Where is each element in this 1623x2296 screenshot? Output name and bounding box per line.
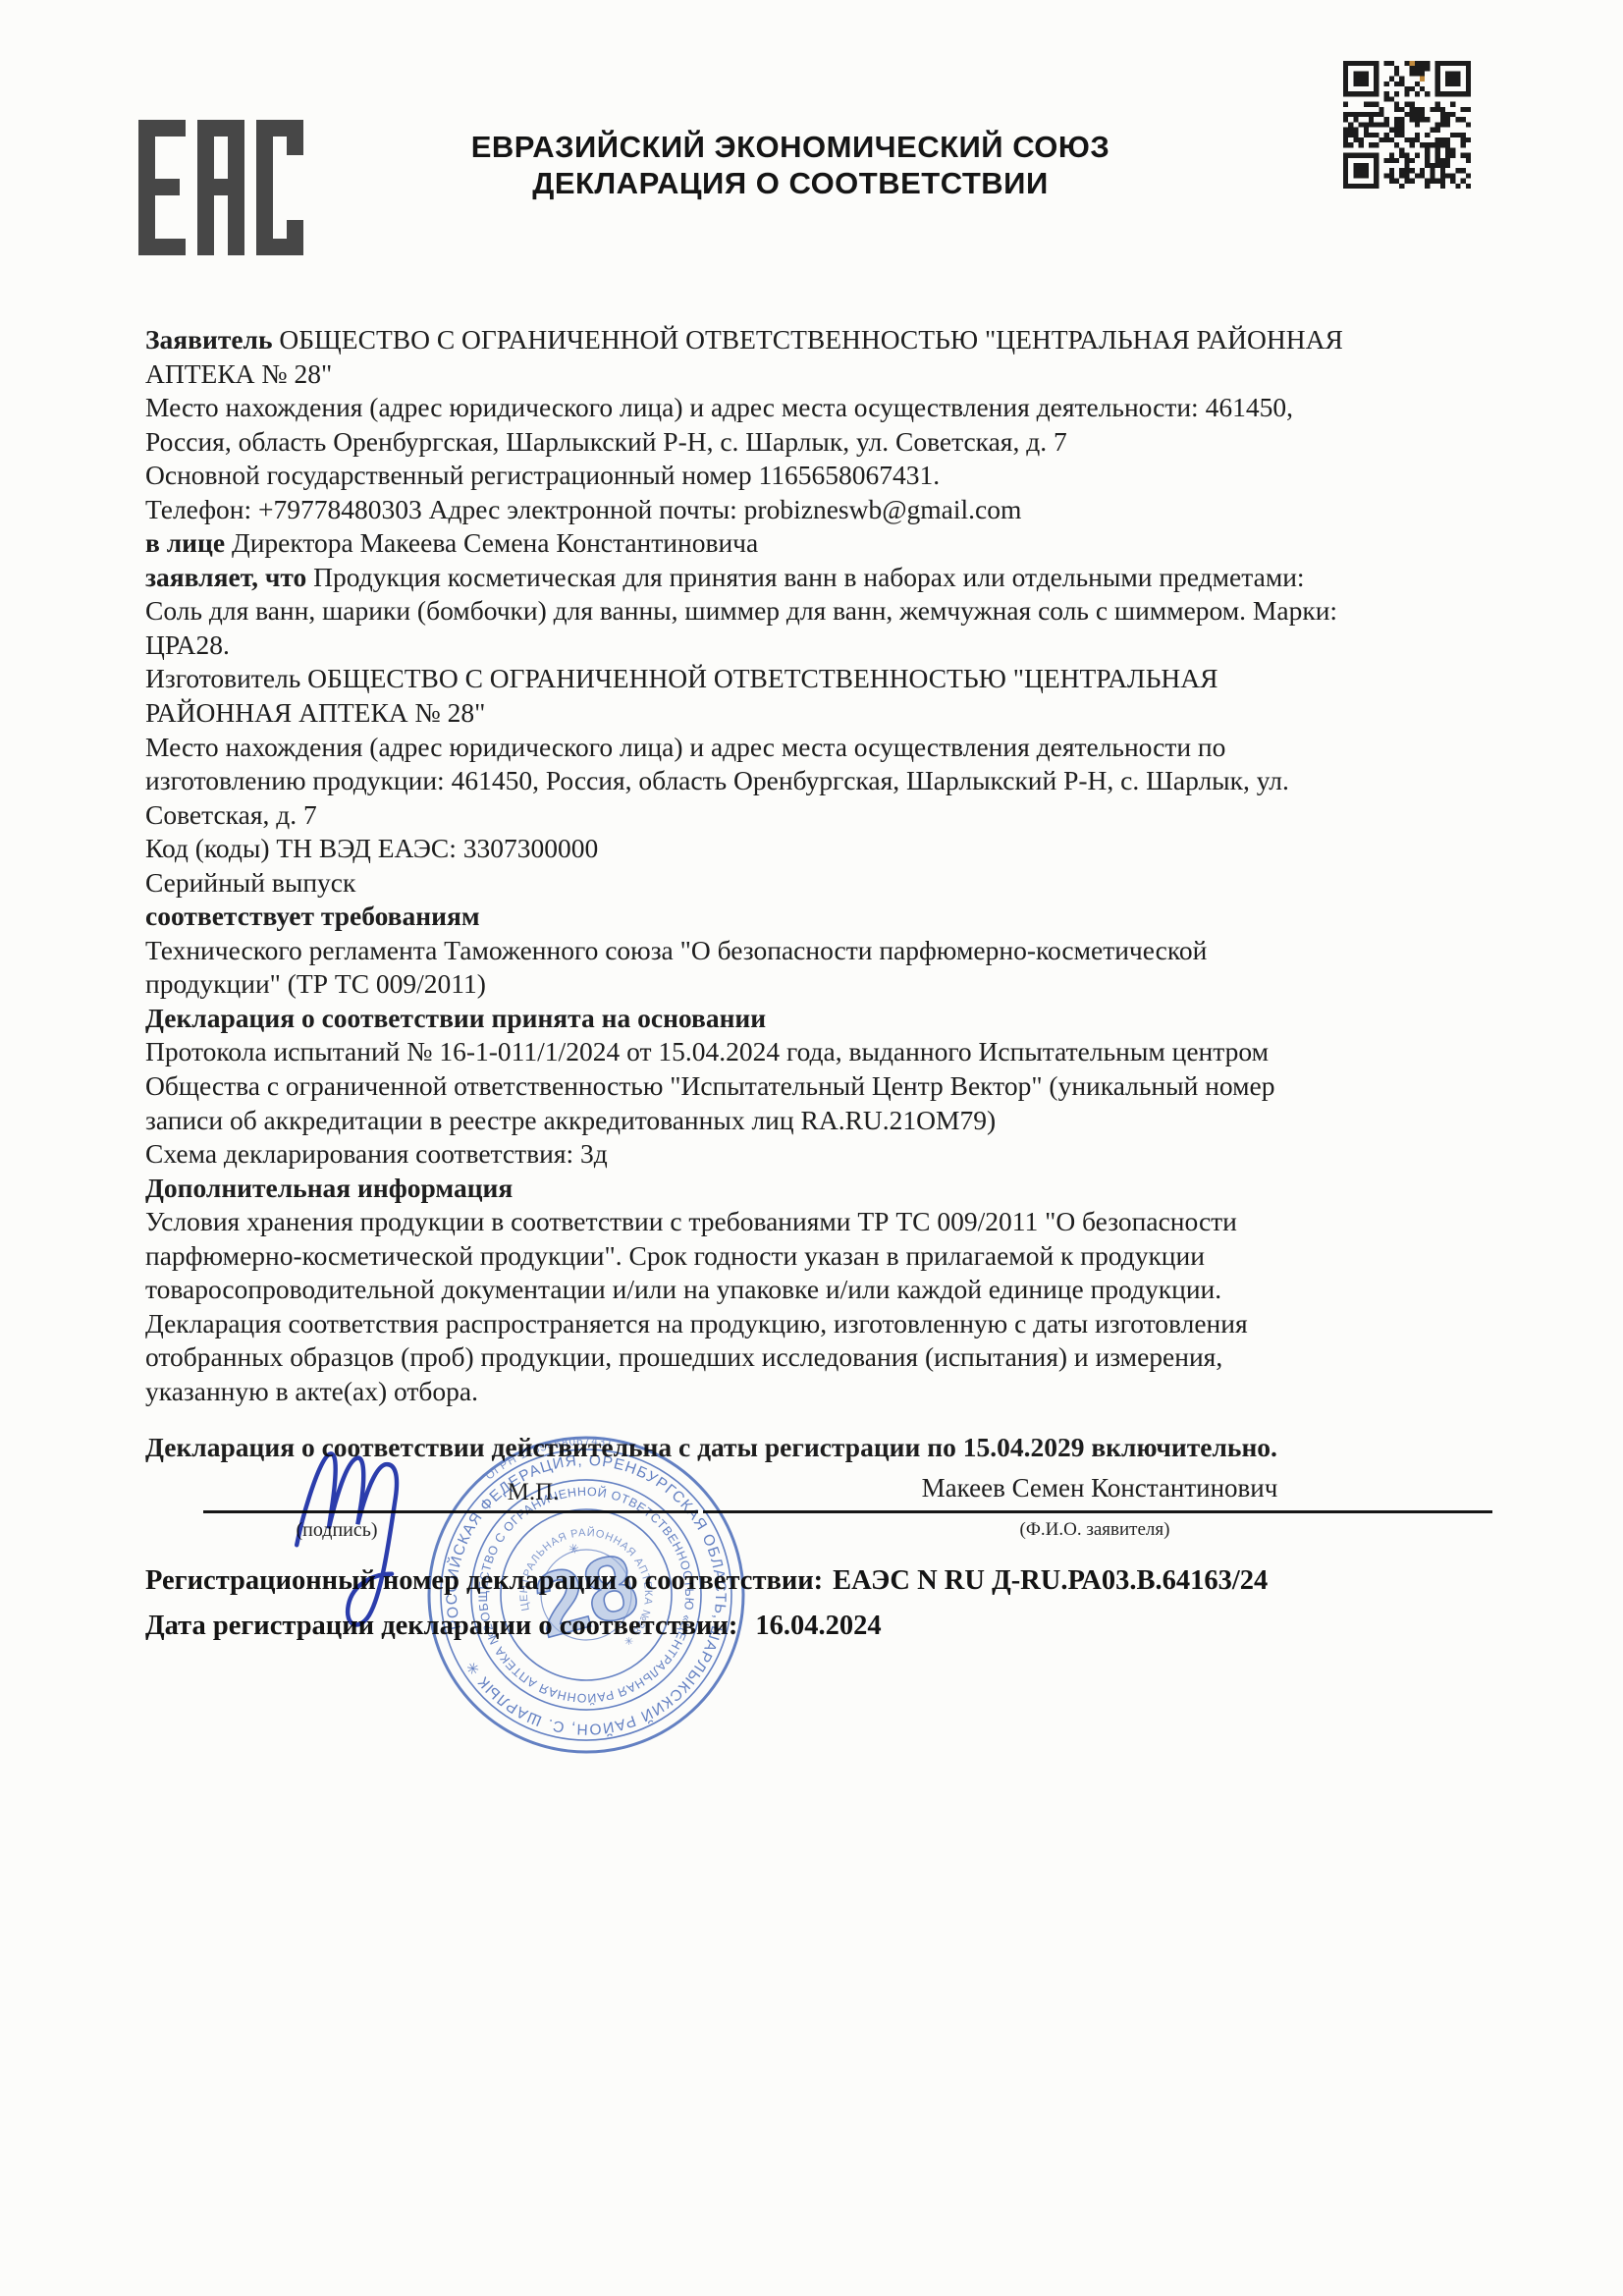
- body-line: отобранных образцов (проб) продукции, пр…: [145, 1340, 1495, 1375]
- signature-scribble: [273, 1442, 430, 1638]
- body-lines: Заявитель ОБЩЕСТВО С ОГРАНИЧЕННОЙ ОТВЕТС…: [145, 323, 1495, 1464]
- body-line: записи об аккредитации в реестре аккреди…: [145, 1104, 1495, 1138]
- body-line: АПТЕКА № 28": [145, 357, 1495, 392]
- fio-line: [703, 1510, 1492, 1513]
- body-line: Код (коды) ТН ВЭД ЕАЭС: 3307300000: [145, 832, 1495, 866]
- eac-logo-icon: [138, 120, 303, 255]
- body-line: ЦРА28.: [145, 629, 1495, 663]
- fio-caption: (Ф.И.О. заявителя): [943, 1519, 1247, 1541]
- body-line: Место нахождения (адрес юридического лиц…: [145, 391, 1495, 425]
- body-line: Серийный выпуск: [145, 866, 1495, 901]
- body-line: Место нахождения (адрес юридического лиц…: [145, 731, 1495, 765]
- body-line: Общества с ограниченной ответственностью…: [145, 1069, 1495, 1104]
- body-line: Схема декларирования соответствия: 3д: [145, 1137, 1495, 1172]
- body-line: Россия, область Оренбургская, Шарлыкский…: [145, 425, 1495, 460]
- body-line: товаросопроводительной документации и/ил…: [145, 1273, 1495, 1307]
- body-line: в лице Директора Макеева Семена Констант…: [145, 526, 1495, 561]
- registration-number-value: ЕАЭС N RU Д-RU.РА03.В.64163/24: [833, 1565, 1268, 1596]
- body-line: Декларация о соответствии принята на осн…: [145, 1002, 1495, 1036]
- body-line: заявляет, что Продукция косметическая дл…: [145, 561, 1495, 595]
- body-line: парфюмерно-косметической продукции". Сро…: [145, 1239, 1495, 1274]
- title-line-2: ДЕКЛАРАЦИЯ О СООТВЕТСТВИИ: [295, 165, 1286, 201]
- body-line: указанную в акте(ах) отбора.: [145, 1375, 1495, 1409]
- body-line: Дополнительная информация: [145, 1172, 1495, 1206]
- qr-code: [1343, 61, 1471, 189]
- document-title: ЕВРАЗИЙСКИЙ ЭКОНОМИЧЕСКИЙ СОЮЗ ДЕКЛАРАЦИ…: [295, 129, 1286, 201]
- body-line: Заявитель ОБЩЕСТВО С ОГРАНИЧЕННОЙ ОТВЕТС…: [145, 323, 1495, 357]
- body-line: Технического регламента Таможенного союз…: [145, 934, 1495, 968]
- round-stamp: ОГРН 1165658067431 РОССИЙСКАЯ ФЕДЕРАЦИЯ,…: [417, 1426, 755, 1764]
- body-line: соответствует требованиям: [145, 900, 1495, 934]
- body-line: Декларация соответствия распространяется…: [145, 1307, 1495, 1341]
- registration-date-value: 16.04.2024: [755, 1611, 881, 1641]
- body-line: Соль для ванн, шарики (бомбочки) для ван…: [145, 594, 1495, 629]
- body-line: Изготовитель ОБЩЕСТВО С ОГРАНИЧЕННОЙ ОТВ…: [145, 662, 1495, 696]
- body-line: Советская, д. 7: [145, 798, 1495, 833]
- body-line: Условия хранения продукции в соответстви…: [145, 1205, 1495, 1239]
- declaration-page: ЕВРАЗИЙСКИЙ ЭКОНОМИЧЕСКИЙ СОЮЗ ДЕКЛАРАЦИ…: [0, 0, 1623, 2296]
- title-line-1: ЕВРАЗИЙСКИЙ ЭКОНОМИЧЕСКИЙ СОЮЗ: [295, 129, 1286, 165]
- body-line: Протокола испытаний № 16-1-011/1/2024 от…: [145, 1035, 1495, 1069]
- body-line: Телефон: +79778480303 Адрес электронной …: [145, 493, 1495, 527]
- body-line: изготовлению продукции: 461450, Россия, …: [145, 764, 1495, 798]
- body-line: Основной государственный регистрационный…: [145, 459, 1495, 493]
- body-line: РАЙОННАЯ АПТЕКА № 28": [145, 696, 1495, 731]
- applicant-fio: Макеев Семен Константинович: [854, 1473, 1345, 1503]
- body-line: продукции" (ТР ТС 009/2011): [145, 967, 1495, 1002]
